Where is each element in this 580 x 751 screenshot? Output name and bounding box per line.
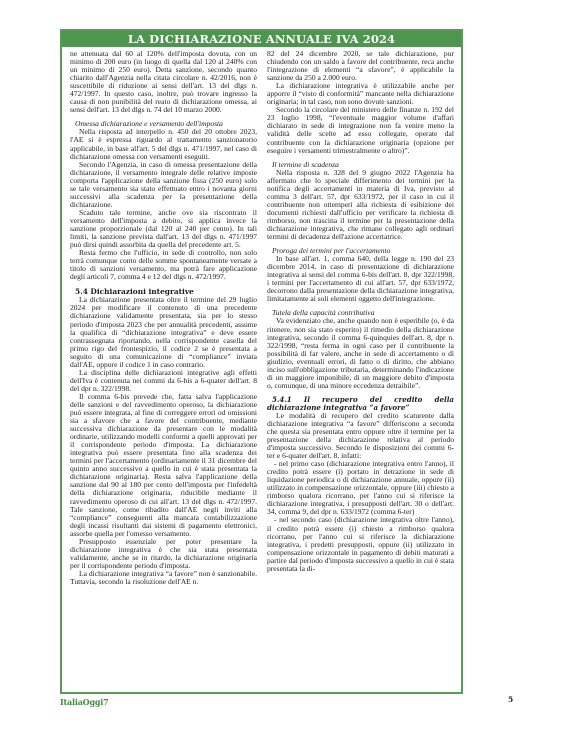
paragraph: Le modalità di recupero del credito scat…	[267, 412, 454, 460]
page-title: LA DICHIARAZIONE ANNUALE IVA 2024	[62, 31, 461, 47]
paragraph: ne attenuata dal 60 al 120% dell'imposta…	[70, 50, 257, 114]
paragraph: Nella risposta n. 328 del 9 giugno 2022 …	[267, 169, 454, 241]
paragraph: In base all'art. 1, comma 640, della leg…	[267, 255, 454, 303]
list-item: - nel secondo caso (dichiarazione integr…	[267, 516, 454, 572]
paragraph: 82 del 24 dicembre 2020, se tale dichiar…	[267, 50, 454, 82]
list-item: - nel primo caso (dichiarazione integrat…	[267, 460, 454, 516]
right-column: 82 del 24 dicembre 2020, se tale dichiar…	[267, 50, 454, 690]
page-number: 5	[508, 695, 513, 704]
paragraph: Secondo l'Agenzia, in caso di omessa pre…	[70, 161, 257, 209]
paragraph: Resta fermo che l'ufficio, in sede di co…	[70, 249, 257, 281]
paragraph: Nella risposta ad interpello n. 450 del …	[70, 128, 257, 160]
left-column: ne attenuata dal 60 al 120% dell'imposta…	[70, 50, 257, 690]
paragraph: Il comma 6-bis prevede che, fatta salva …	[70, 393, 257, 538]
article-columns: ne attenuata dal 60 al 120% dell'imposta…	[70, 50, 454, 690]
paragraph: La disciplina delle dichiarazioni integr…	[70, 369, 257, 393]
paragraph: Presupposto essenziale per poter present…	[70, 538, 257, 570]
paragraph: La dichiarazione integrativa è utilizzab…	[267, 82, 454, 106]
paragraph: Secondo la circolare del ministero delle…	[267, 106, 454, 154]
article-frame: LA DICHIARAZIONE ANNUALE IVA 2024 ne att…	[60, 29, 463, 694]
paragraph: Scaduto tale termine, anche ove sia risc…	[70, 209, 257, 249]
paragraph: La dichiarazione presentata oltre il ter…	[70, 296, 257, 368]
publication-logo: ItaliaOggi7	[60, 697, 108, 707]
section-title: 5.4.1 Il recupero del credito della dich…	[267, 396, 454, 412]
paragraph: La dichiarazione integrativa “a favore” …	[70, 570, 257, 586]
paragraph: Va evidenziato che, anche quando non è e…	[267, 317, 454, 389]
